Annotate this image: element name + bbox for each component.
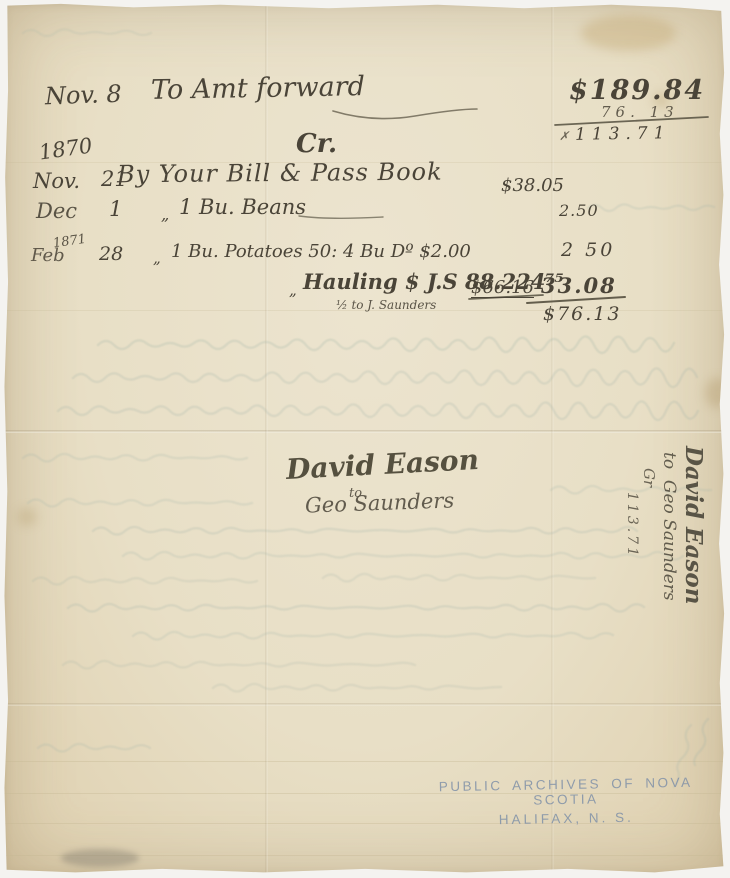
stamp-line2: HALIFAX, N. S. <box>411 808 721 828</box>
ghost-script-line <box>33 577 257 585</box>
ghost-script-line <box>28 499 252 507</box>
ghost-script-line <box>133 632 613 640</box>
ghost-script-line <box>694 719 708 765</box>
grand-total: $76.13 <box>543 305 621 324</box>
signature-name: Geo Saunders <box>305 490 455 516</box>
signature-name: David Eason <box>285 446 479 484</box>
ghost-script-line <box>23 454 247 462</box>
stain <box>705 378 729 408</box>
stain <box>61 849 139 867</box>
faint-pencil-notation <box>23 29 151 36</box>
ghost-script-line <box>63 661 415 669</box>
ruled-line <box>3 761 730 762</box>
entry-date: Feb <box>31 247 65 265</box>
stain <box>581 15 676 51</box>
ghost-script-line <box>588 204 714 211</box>
entry-description: 1 Bu. Potatoes 50: 4 Bu Dº $2.00 <box>171 243 471 261</box>
ghost-script-line <box>98 336 674 353</box>
docket-block: David Eason to Geo Saunders Gr 113.71 <box>616 446 706 664</box>
docket-amount: 113.71 <box>624 492 640 664</box>
docket-name: David Eason <box>680 446 706 664</box>
forward-result: 113.71 <box>575 125 671 144</box>
stamp-line1: PUBLIC ARCHIVES OF NOVA SCOTIA <box>411 774 721 809</box>
entry-amount: $38.05 <box>501 177 564 195</box>
ditto-mark: „ <box>153 251 161 266</box>
year-label: 1870 <box>38 135 94 163</box>
ledger-page: Nov. 8 To Amt forward $189.84 76. 13 ✗ 1… <box>3 3 727 875</box>
hauling-inline-amount: $66.16 <box>471 279 534 298</box>
ghost-script-line <box>38 744 150 752</box>
ghost-script-line <box>123 552 683 560</box>
ditto-mark: „ <box>289 283 297 298</box>
docket-joiner: to <box>659 452 679 469</box>
signature-flourish <box>333 109 477 119</box>
docket-name: to Geo Saunders <box>658 452 678 664</box>
forward-date: Nov. 8 <box>45 82 122 109</box>
check-mark: ✗ <box>559 130 569 142</box>
ghost-script-line <box>323 574 595 582</box>
ghost-script-line <box>213 684 501 692</box>
entry-day: 28 <box>99 245 123 264</box>
ghost-script-line <box>93 527 637 535</box>
archive-stamp: PUBLIC ARCHIVES OF NOVA SCOTIA HALIFAX, … <box>411 774 722 828</box>
entry-amount: 2 50 <box>561 241 615 260</box>
entry-date: Nov. <box>33 171 80 192</box>
ghost-script-line <box>68 604 644 612</box>
dash-flourish <box>299 216 383 218</box>
fold-crease-horizontal <box>3 430 730 433</box>
forward-subtrahend: 76. 13 <box>601 105 679 120</box>
forward-amount: $189.84 <box>569 77 705 104</box>
forward-description: To Amt forward <box>151 73 365 104</box>
fold-crease-vertical <box>551 3 554 878</box>
fold-crease-vertical <box>265 3 268 878</box>
ditto-mark: „ <box>161 207 169 223</box>
entry-date: Dec <box>36 201 77 222</box>
ghost-script-line <box>58 401 698 420</box>
entry-day: 1 <box>109 199 122 220</box>
entry-description: 1 Bu. Beans <box>179 197 306 218</box>
fold-crease-horizontal <box>3 703 730 706</box>
entry-amount: 2.50 <box>559 203 599 219</box>
ghost-script-line <box>73 368 697 387</box>
docket-abbr: Gr <box>640 468 657 664</box>
hauling-note: ½ to J. Saunders <box>336 299 436 311</box>
stain <box>17 508 37 526</box>
credit-heading: Cr. <box>296 131 337 157</box>
hauling-amount: 33.08 <box>541 275 617 296</box>
entry-description: By Your Bill & Pass Book <box>117 160 443 187</box>
